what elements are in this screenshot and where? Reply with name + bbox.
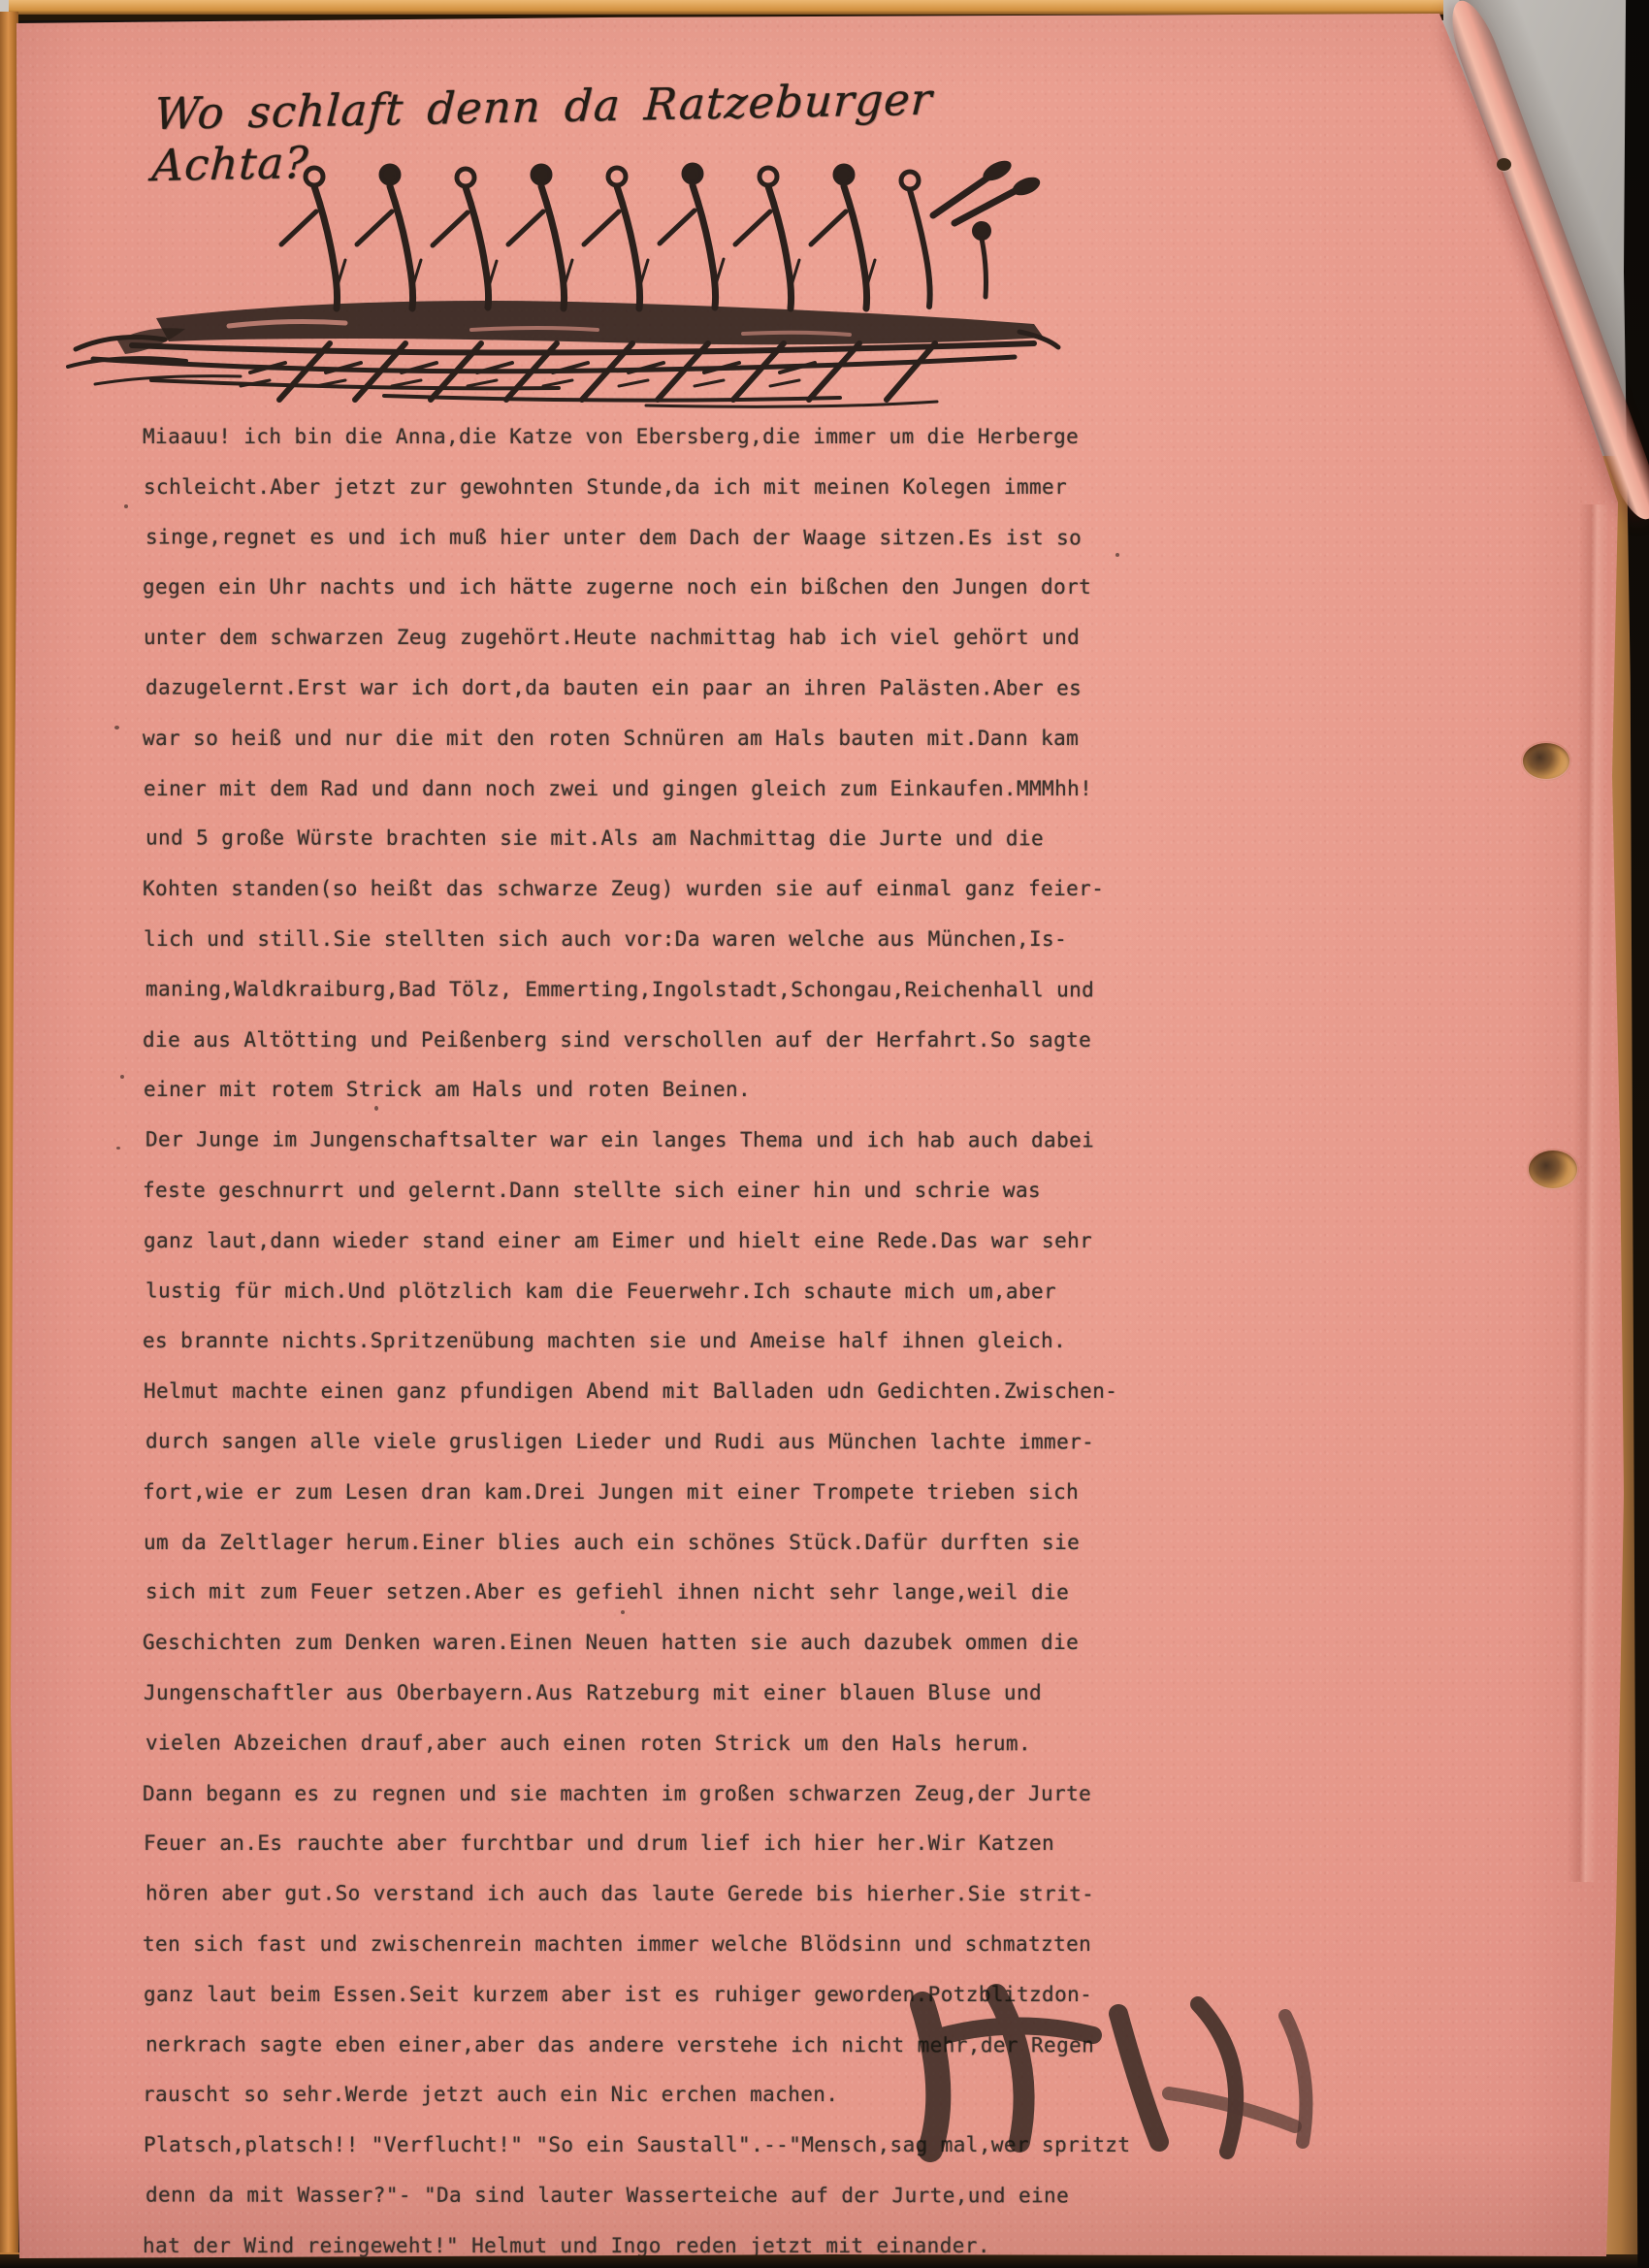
scanned-page: Wo schlaft denn da Ratzeburger Achta? bbox=[0, 0, 1649, 2268]
pink-paper: Wo schlaft denn da Ratzeburger Achta? bbox=[0, 0, 1649, 2268]
paper-speck bbox=[124, 504, 128, 508]
typewritten-line: lustig für mich.Und plötzlich kam die Fe… bbox=[145, 1266, 1251, 1317]
typewritten-line: ten sich fast und zwischenrein machten i… bbox=[143, 1920, 1248, 1970]
typewritten-line: Dann begann es zu regnen und sie machten… bbox=[143, 1769, 1248, 1820]
typewritten-line: singe,regnet es und ich muß hier unter d… bbox=[145, 512, 1251, 564]
typewritten-line: dazugelernt.Erst war ich dort,da bauten … bbox=[145, 663, 1251, 714]
paper-speck bbox=[1115, 553, 1119, 557]
typewritten-line: Jungenschaftler aus Oberbayern.Aus Ratze… bbox=[144, 1669, 1249, 1719]
typewritten-line: lich und still.Sie stellten sich auch vo… bbox=[144, 915, 1249, 965]
typewritten-line: Helmut machte einen ganz pfundigen Abend… bbox=[144, 1367, 1249, 1417]
pin-hole bbox=[1497, 158, 1511, 171]
typewritten-line: ganz laut,dann wieder stand einer am Eim… bbox=[144, 1216, 1249, 1267]
paper-speck bbox=[120, 1075, 124, 1079]
punch-hole bbox=[1529, 1150, 1577, 1188]
punch-hole bbox=[1523, 743, 1569, 779]
paper-speck bbox=[621, 1610, 625, 1614]
rowing-eight-sketch bbox=[64, 142, 1077, 415]
paper-speck bbox=[114, 726, 119, 729]
typewritten-line: einer mit rotem Strick am Hals und roten… bbox=[144, 1065, 1249, 1116]
typewritten-line: sich mit zum Feuer setzen.Aber es gefieh… bbox=[145, 1568, 1251, 1619]
paper-speck bbox=[116, 1147, 120, 1150]
typewritten-line: fort,wie er zum Lesen dran kam.Drei Jung… bbox=[143, 1468, 1248, 1518]
typewritten-line: die aus Altötting und Peißenberg sind ve… bbox=[143, 1016, 1248, 1066]
typewritten-line: schleicht.Aber jetzt zur gewohnten Stund… bbox=[144, 463, 1249, 513]
typewritten-line: feste geschnurrt und gelernt.Dann stellt… bbox=[143, 1166, 1248, 1216]
typewritten-line: Geschichten zum Denken waren.Einen Neuen… bbox=[143, 1618, 1248, 1669]
typewritten-line: Kohten standen(so heißt das schwarze Zeu… bbox=[143, 864, 1248, 915]
typewritten-line: um da Zeltlager herum.Einer blies auch e… bbox=[144, 1518, 1249, 1569]
typewritten-line: einer mit dem Rad und dann noch zwei und… bbox=[144, 764, 1249, 815]
typewritten-line: Feuer an.Es rauchte aber furchtbar und d… bbox=[144, 1819, 1249, 1869]
typewritten-line: hören aber gut.So verstand ich auch das … bbox=[145, 1869, 1251, 1921]
ink-smudge bbox=[878, 1977, 1402, 2179]
typewritten-line: es brannte nichts.Spritzenübung machten … bbox=[143, 1316, 1248, 1367]
typewritten-line: Der Junge im Jungenschaftsalter war ein … bbox=[145, 1116, 1251, 1167]
typewritten-line: gegen ein Uhr nachts und ich hätte zuger… bbox=[143, 563, 1248, 613]
typewritten-line: vielen Abzeichen drauf,aber auch einen r… bbox=[145, 1718, 1251, 1769]
page-stack-edge-top bbox=[0, 0, 1443, 15]
typewritten-line: durch sangen alle viele grusligen Lieder… bbox=[145, 1416, 1251, 1468]
typewritten-line: maning,Waldkraiburg,Bad Tölz, Emmerting,… bbox=[145, 964, 1251, 1016]
typewritten-line: unter dem schwarzen Zeug zugehört.Heute … bbox=[144, 613, 1249, 664]
typewritten-line: und 5 große Würste brachten sie mit.Als … bbox=[145, 814, 1251, 865]
paper-speck bbox=[374, 1106, 378, 1111]
typewritten-line: war so heiß und nur die mit den roten Sc… bbox=[143, 714, 1248, 764]
typewritten-line: Miaauu! ich bin die Anna,die Katze von E… bbox=[143, 412, 1248, 463]
